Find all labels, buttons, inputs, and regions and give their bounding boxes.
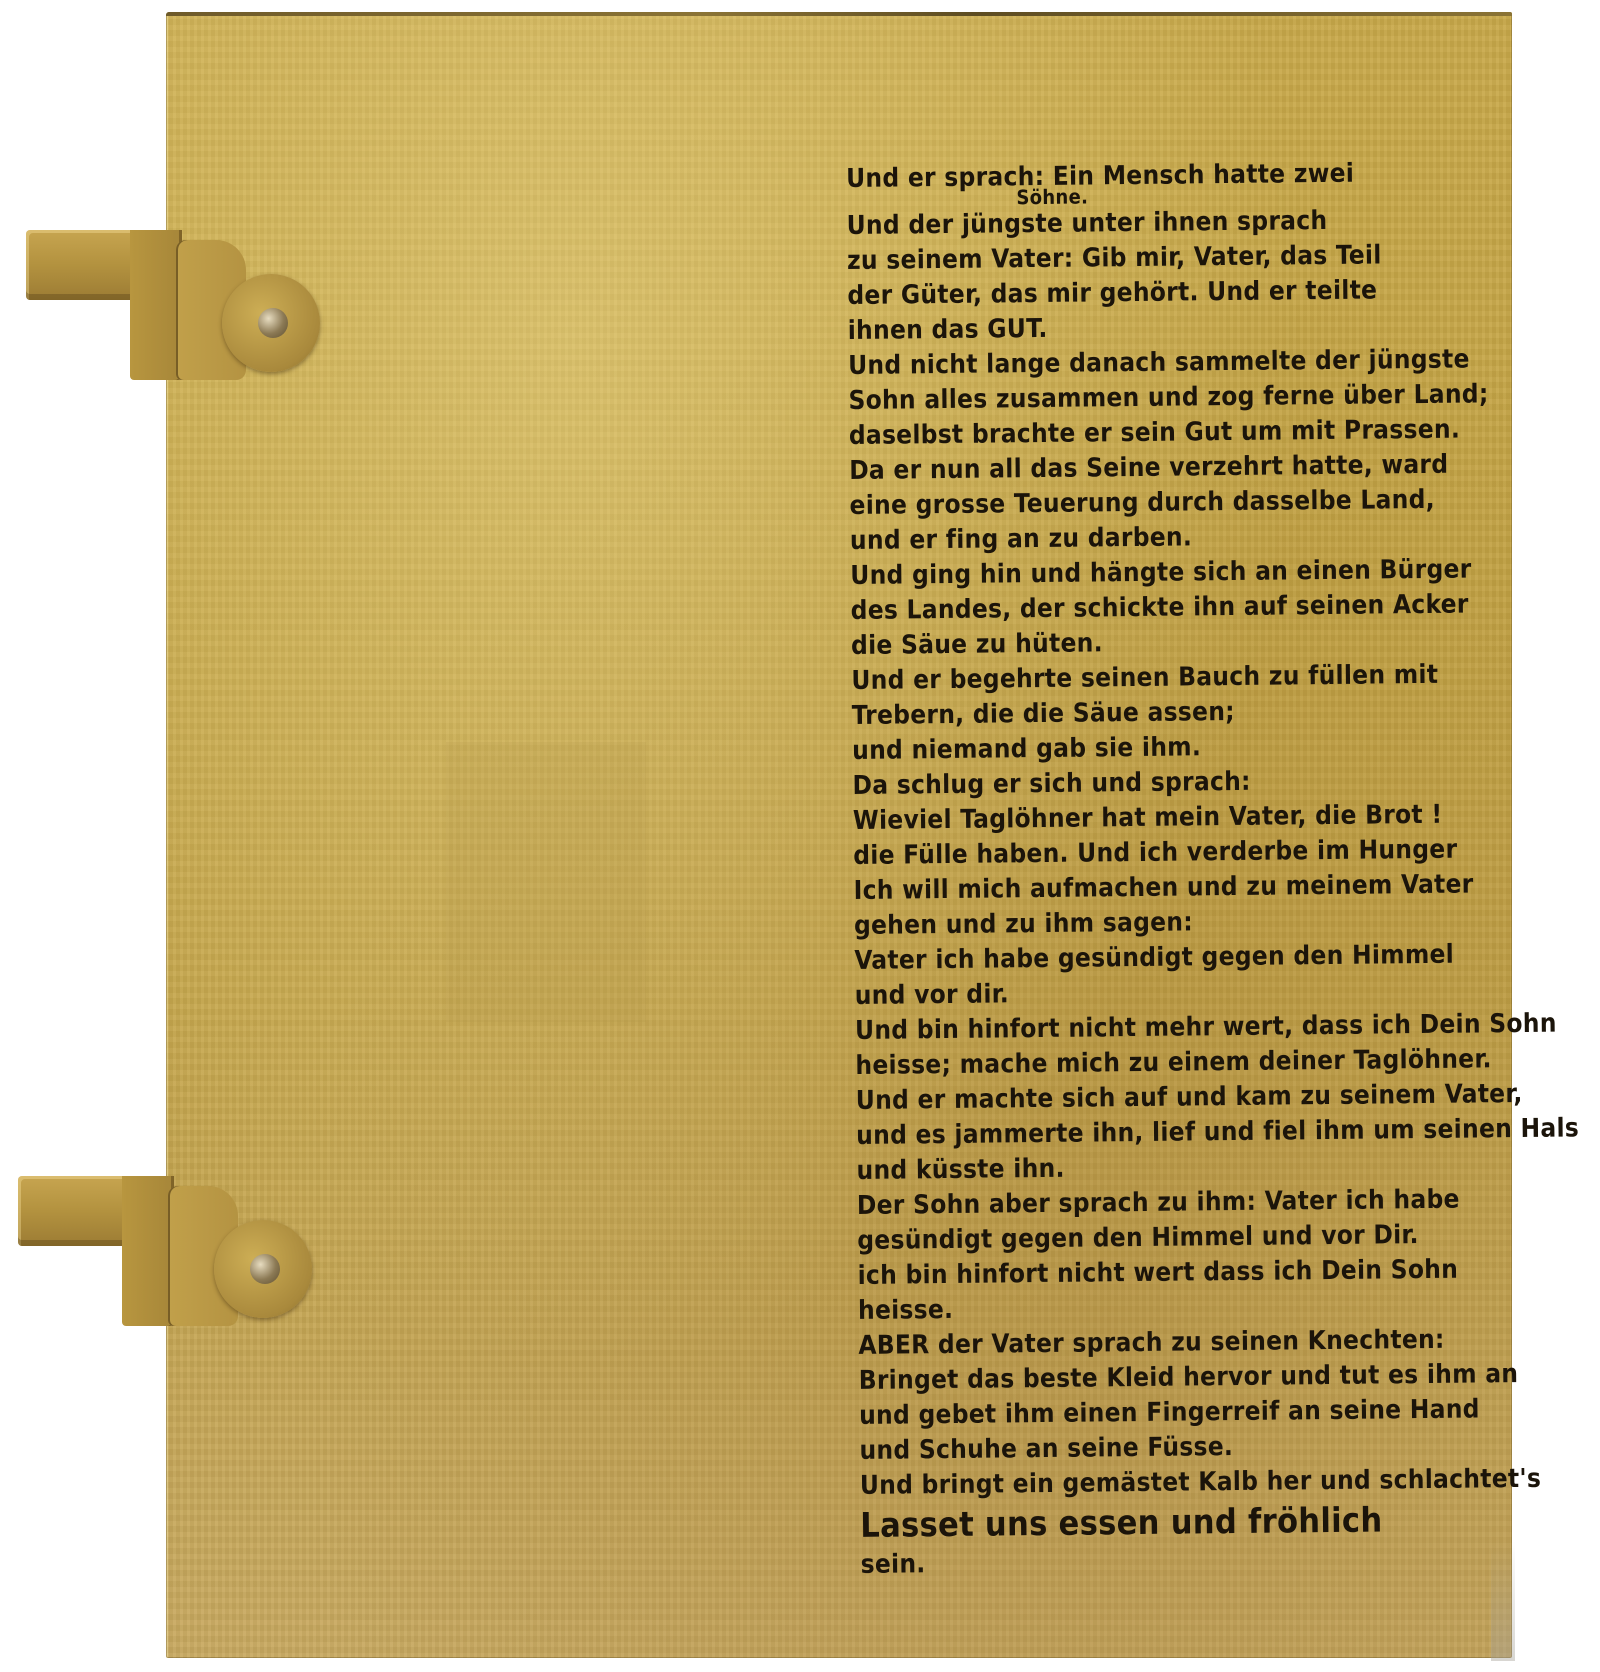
handwritten-text: Und er sprach: Ein Mensch hatte zwei Söh… [846,155,1511,1583]
text-line: Lasset uns essen und fröhlich [860,1497,1510,1548]
text-line: und es jammerte ihn, lief und fiel ihm u… [856,1112,1506,1154]
gold-leaf-patch [446,742,646,1022]
text-line: eine grosse Teuerung durch dasselbe Land… [849,482,1499,524]
hinge-pin-icon [250,1254,280,1284]
text-line: Ich will mich aufmachen und zu meinem Va… [853,867,1503,909]
text-line: Und er begehrte seinen Bauch zu füllen m… [851,657,1501,699]
text-line: ich bin hinfort nicht wert dass ich Dein… [857,1252,1507,1294]
text-line: sein. [861,1541,1511,1583]
hinge-leg [130,230,182,380]
text-line: Vater ich habe gesündigt gegen den Himme… [854,937,1504,979]
upper-hinge-icon [26,230,326,390]
text-line: Und bringt ein gemästet Kalb her und sch… [860,1462,1510,1504]
hinge-pin-icon [258,308,288,338]
hinge-leg [122,1176,174,1326]
text-line: des Landes, der schickte ihn auf seinen … [851,587,1501,629]
lower-hinge-icon [18,1176,318,1336]
text-line: und gebet ihm einen Fingerreif an seine … [859,1392,1509,1434]
